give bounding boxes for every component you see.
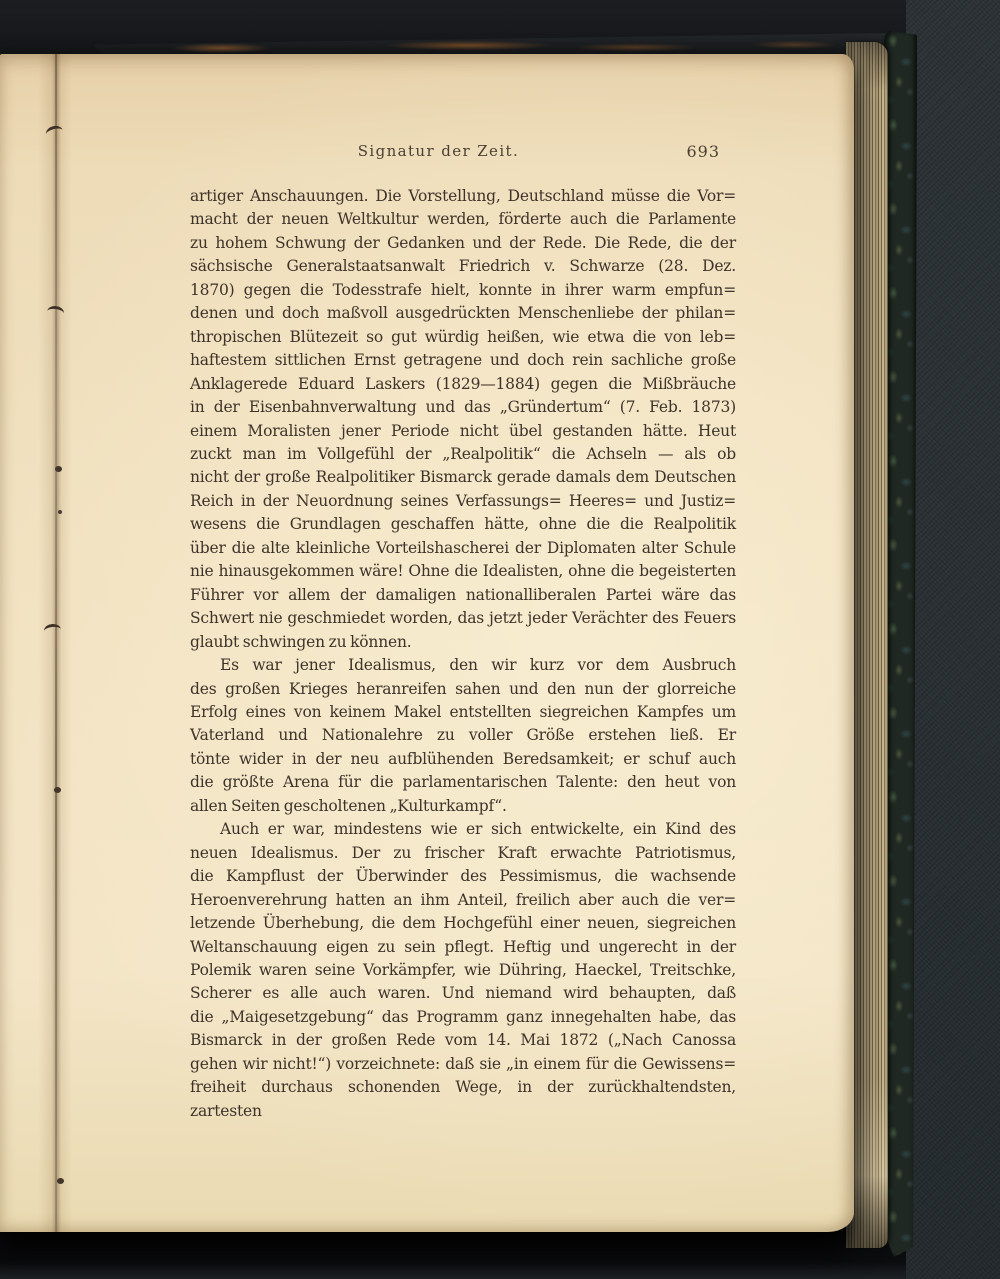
text-line: Vaterland und Nationalehre zu voller Grö… <box>190 724 736 747</box>
binding-stitch <box>55 466 62 472</box>
text-line: gehen wir nicht!“) vorzeichnete: daß sie… <box>190 1053 736 1076</box>
page-text: artiger Anschauungen. Die Vorstellung, D… <box>190 185 736 1123</box>
text-line: neuen Idealismus. Der zu frischer Kraft … <box>190 842 736 865</box>
text-line: einem Moralisten jener Periode nicht übe… <box>190 420 736 443</box>
running-header: Signatur der Zeit. 693 <box>190 142 736 164</box>
backdrop-right <box>906 0 1000 1279</box>
text-line: Polemik waren seine Vorkämpfer, wie Dühr… <box>190 959 736 982</box>
text-line: Erfolg eines von keinem Makel entstellte… <box>190 701 736 724</box>
text-line: allen Seiten gescholtenen „Kulturkampf“. <box>190 795 736 818</box>
text-line: Auch er war, mindestens wie er sich entw… <box>190 818 736 841</box>
text-line: des großen Krieges heranreifen sahen und… <box>190 678 736 701</box>
text-line: glaubt schwingen zu können. <box>190 631 736 654</box>
text-line: macht der neuen Weltkultur werden, förde… <box>190 208 736 231</box>
text-line: sächsische Generalstaatsanwalt Friedrich… <box>190 255 736 278</box>
book-scan: Signatur der Zeit. 693 artiger Anschauun… <box>0 0 1000 1279</box>
text-line: wesens die Grundlagen geschaffen hätte, … <box>190 513 736 536</box>
book-cover-fore-edge <box>884 30 917 1257</box>
backdrop-bottom <box>0 1262 906 1279</box>
text-line: letzende Überhebung, die dem Hochgefühl … <box>190 912 736 935</box>
text-line: Anklagerede Eduard Laskers (1829—1884) g… <box>190 373 736 396</box>
text-line: die größte Arena für die parlamentarisch… <box>190 771 736 794</box>
text-line: 1870) gegen die Todesstrafe hielt, konnt… <box>190 279 736 302</box>
binding-stitch <box>57 1178 64 1184</box>
binding-stitch <box>54 787 61 793</box>
binding-stitch <box>58 510 62 514</box>
text-line: denen und doch maßvoll ausgedrückten Men… <box>190 302 736 325</box>
text-line: nie hinausgekommen wäre! Ohne die Ideali… <box>190 560 736 583</box>
text-line: Bismarck in der großen Rede vom 14. Mai … <box>190 1029 736 1052</box>
text-line: tönte wider in der neu aufblühenden Bere… <box>190 748 736 771</box>
text-line: Weltanschauung eigen zu sein pflegt. Hef… <box>190 936 736 959</box>
text-line: freiheit durchaus schonenden Wege, in de… <box>190 1076 736 1123</box>
text-line: Scherer es alle auch waren. Und niemand … <box>190 982 736 1005</box>
text-line: nicht der große Realpolitiker Bismarck g… <box>190 466 736 489</box>
gutter-crease <box>38 54 72 1232</box>
text-line: Reich in der Neuordnung seines Verfassun… <box>190 490 736 513</box>
text-line: die Kampflust der Überwinder des Pessimi… <box>190 865 736 888</box>
text-line: Führer vor allem der damaligen nationall… <box>190 584 736 607</box>
text-line: in der Eisenbahnverwaltung und das „Grün… <box>190 396 736 419</box>
page-number: 693 <box>686 142 720 161</box>
text-line: artiger Anschauungen. Die Vorstellung, D… <box>190 185 736 208</box>
book-page: Signatur der Zeit. 693 artiger Anschauun… <box>0 54 854 1232</box>
text-line: Schwert nie geschmiedet worden, das jetz… <box>190 607 736 630</box>
text-line: haftestem sittlichen Ernst getragene und… <box>190 349 736 372</box>
running-header-title: Signatur der Zeit. <box>358 142 519 160</box>
text-line: Es war jener Idealismus, den wir kurz vo… <box>190 654 736 677</box>
text-line: über die alte kleinliche Vorteilshascher… <box>190 537 736 560</box>
text-line: zu hohem Schwung der Gedanken und der Re… <box>190 232 736 255</box>
text-line: die „Maigesetzgebung“ das Programm ganz … <box>190 1006 736 1029</box>
text-line: zuckt man im Vollgefühl der „Realpolitik… <box>190 443 736 466</box>
text-line: thropischen Blütezeit so gut würdig heiß… <box>190 326 736 349</box>
text-line: Heroenverehrung hatten an ihm Anteil, fr… <box>190 889 736 912</box>
